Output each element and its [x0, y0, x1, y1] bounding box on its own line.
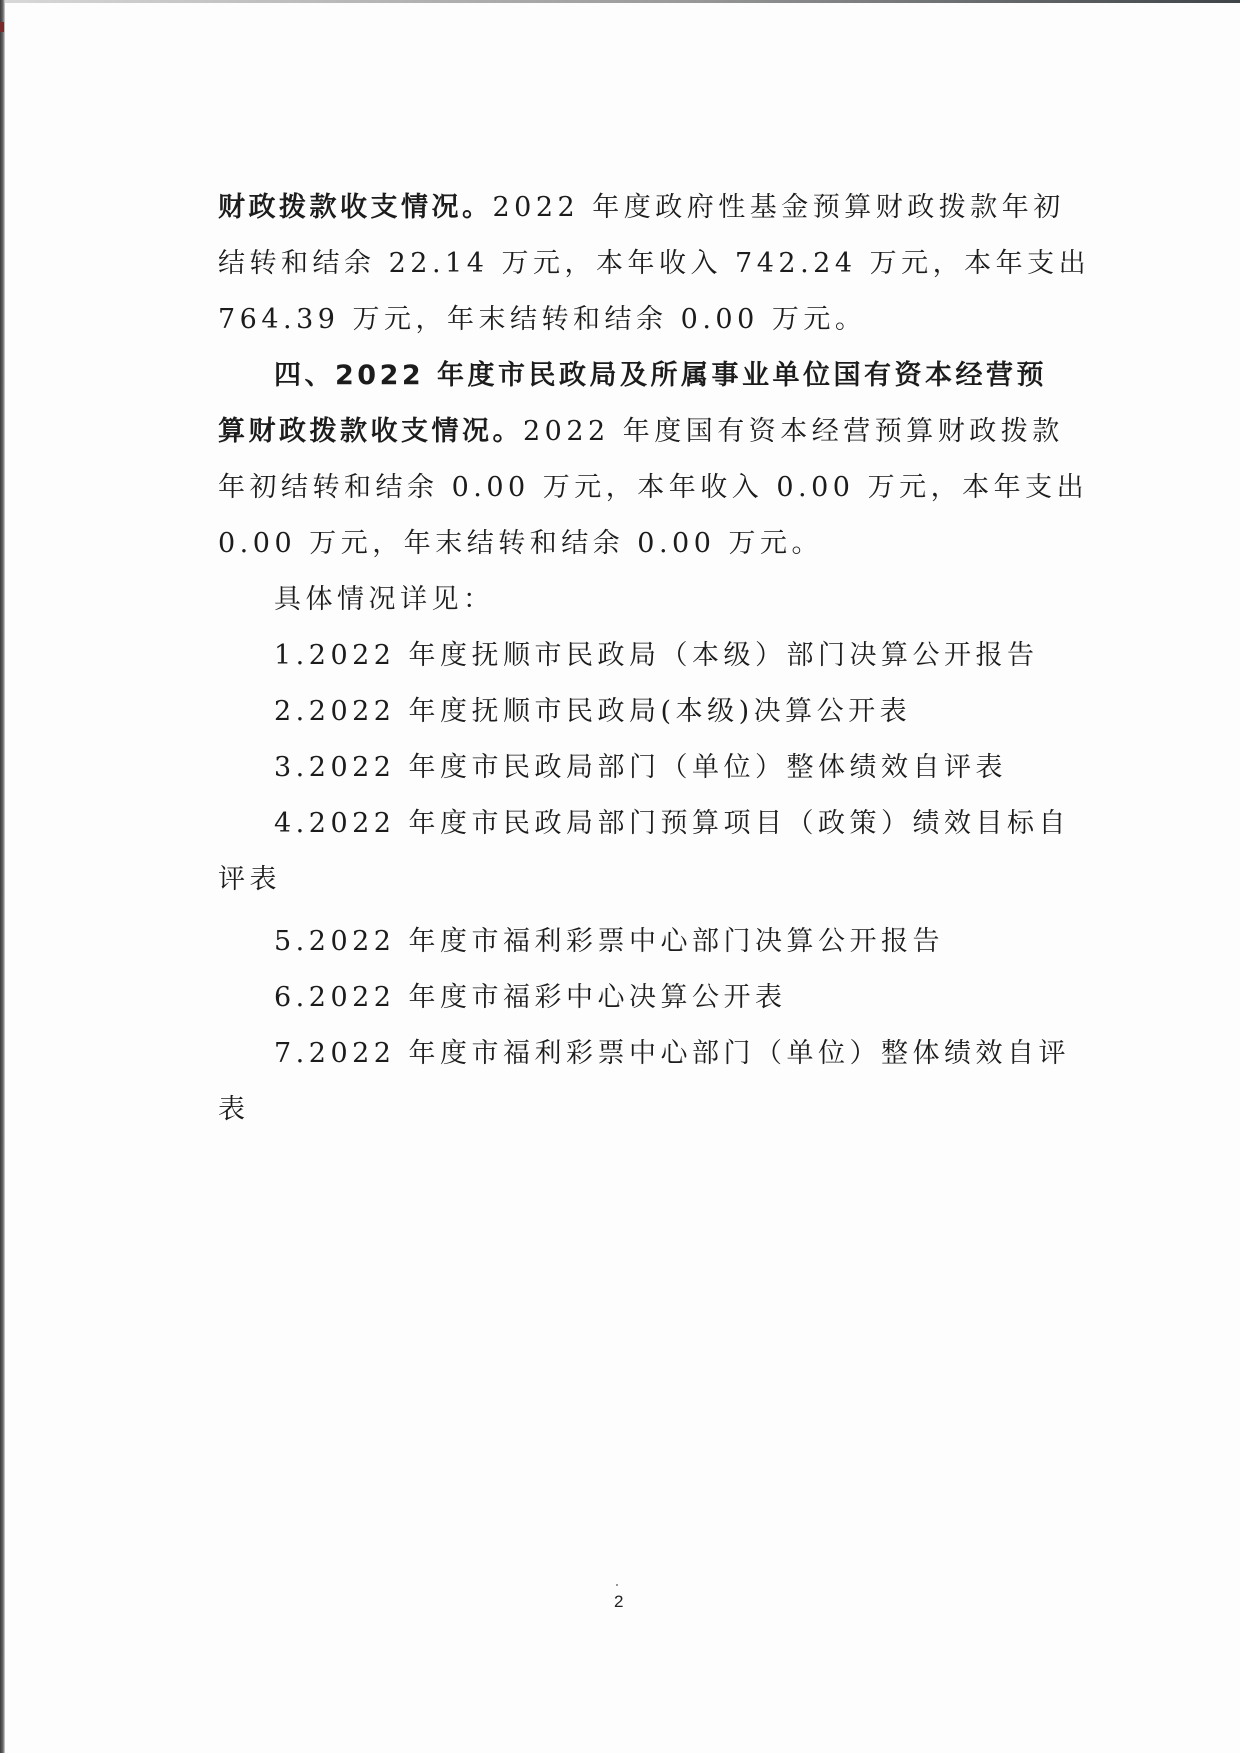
scan-edge-top: [0, 0, 1240, 3]
attachment-number: 3.: [274, 752, 309, 783]
attachment-number: 2.: [274, 696, 309, 727]
scan-edge-mark: [0, 22, 4, 32]
paragraph-text: 764.39 万元，年末结转和结余 0.00 万元。: [218, 304, 866, 335]
attachment-number: 6.: [274, 982, 309, 1013]
attachment-item: 4.2022 年度市民政局部门预算项目（政策）绩效目标自: [218, 796, 1048, 852]
attachment-title: 2022 年度市福利彩票中心部门（单位）整体绩效自评: [309, 1038, 1070, 1069]
paragraph-text: 年初结转和结余 0.00 万元，本年收入 0.00 万元，本年支出: [218, 472, 1088, 503]
paragraph-line: 财政拨款收支情况。2022 年度政府性基金预算财政拨款年初: [218, 180, 1048, 236]
scan-speck: [616, 1584, 618, 1586]
paragraph-text: 2022 年度政府性基金预算财政拨款年初: [493, 192, 1065, 223]
attachment-title: 2022 年度市民政局部门预算项目（政策）绩效目标自: [309, 808, 1070, 839]
paragraph-text: 2022 年度国有资本经营预算财政拨款: [523, 416, 1064, 447]
section-heading-text: 四、2022 年度市民政局及所属事业单位国有资本经营预: [274, 360, 1047, 391]
attachment-item: 6.2022 年度市福彩中心决算公开表: [218, 970, 1048, 1026]
attachment-title-continued: 表: [218, 1094, 250, 1125]
attachment-title: 2022 年度市民政局部门（单位）整体绩效自评表: [309, 752, 1007, 783]
attachment-item: 2.2022 年度抚顺市民政局(本级)决算公开表: [218, 684, 1048, 740]
paragraph-line: 0.00 万元，年末结转和结余 0.00 万元。: [218, 516, 1048, 572]
paragraph-line: 764.39 万元，年末结转和结余 0.00 万元。: [218, 292, 1048, 348]
attachment-title: 2022 年度抚顺市民政局（本级）部门决算公开报告: [309, 640, 1039, 671]
paragraph-text: 0.00 万元，年末结转和结余 0.00 万元。: [218, 528, 823, 559]
attachment-title: 2022 年度市福彩中心决算公开表: [309, 982, 787, 1013]
attachment-item: 3.2022 年度市民政局部门（单位）整体绩效自评表: [218, 740, 1048, 796]
scan-edge-left: [0, 0, 5, 1753]
attachment-item-continuation: 评表: [218, 852, 1048, 908]
section-heading-tail: 算财政拨款收支情况。: [218, 416, 523, 447]
paragraph-line: 算财政拨款收支情况。2022 年度国有资本经营预算财政拨款: [218, 404, 1048, 460]
attachment-item-continuation: 表: [218, 1082, 1048, 1138]
section-heading: 四、2022 年度市民政局及所属事业单位国有资本经营预: [218, 348, 1048, 404]
attachment-title: 2022 年度抚顺市民政局(本级)决算公开表: [309, 696, 911, 727]
details-intro: 具体情况详见：: [218, 572, 1048, 628]
attachment-item: 7.2022 年度市福利彩票中心部门（单位）整体绩效自评: [218, 1026, 1048, 1082]
paragraph-line: 结转和结余 22.14 万元，本年收入 742.24 万元，本年支出: [218, 236, 1048, 292]
attachment-number: 7.: [274, 1038, 309, 1069]
paragraph-text: 结转和结余 22.14 万元，本年收入 742.24 万元，本年支出: [218, 248, 1090, 279]
section-heading-tail: 财政拨款收支情况。: [218, 192, 493, 223]
attachment-number: 1.: [274, 640, 309, 671]
document-body: 财政拨款收支情况。2022 年度政府性基金预算财政拨款年初 结转和结余 22.1…: [218, 180, 1048, 1138]
attachment-number: 5.: [274, 926, 309, 957]
page-number: 2: [614, 1592, 623, 1612]
attachment-item: 1.2022 年度抚顺市民政局（本级）部门决算公开报告: [218, 628, 1048, 684]
attachment-number: 4.: [274, 808, 309, 839]
attachment-title-continued: 评表: [218, 864, 281, 895]
attachment-item: 5.2022 年度市福利彩票中心部门决算公开报告: [218, 914, 1048, 970]
attachment-title: 2022 年度市福利彩票中心部门决算公开报告: [309, 926, 944, 957]
paragraph-line: 年初结转和结余 0.00 万元，本年收入 0.00 万元，本年支出: [218, 460, 1048, 516]
